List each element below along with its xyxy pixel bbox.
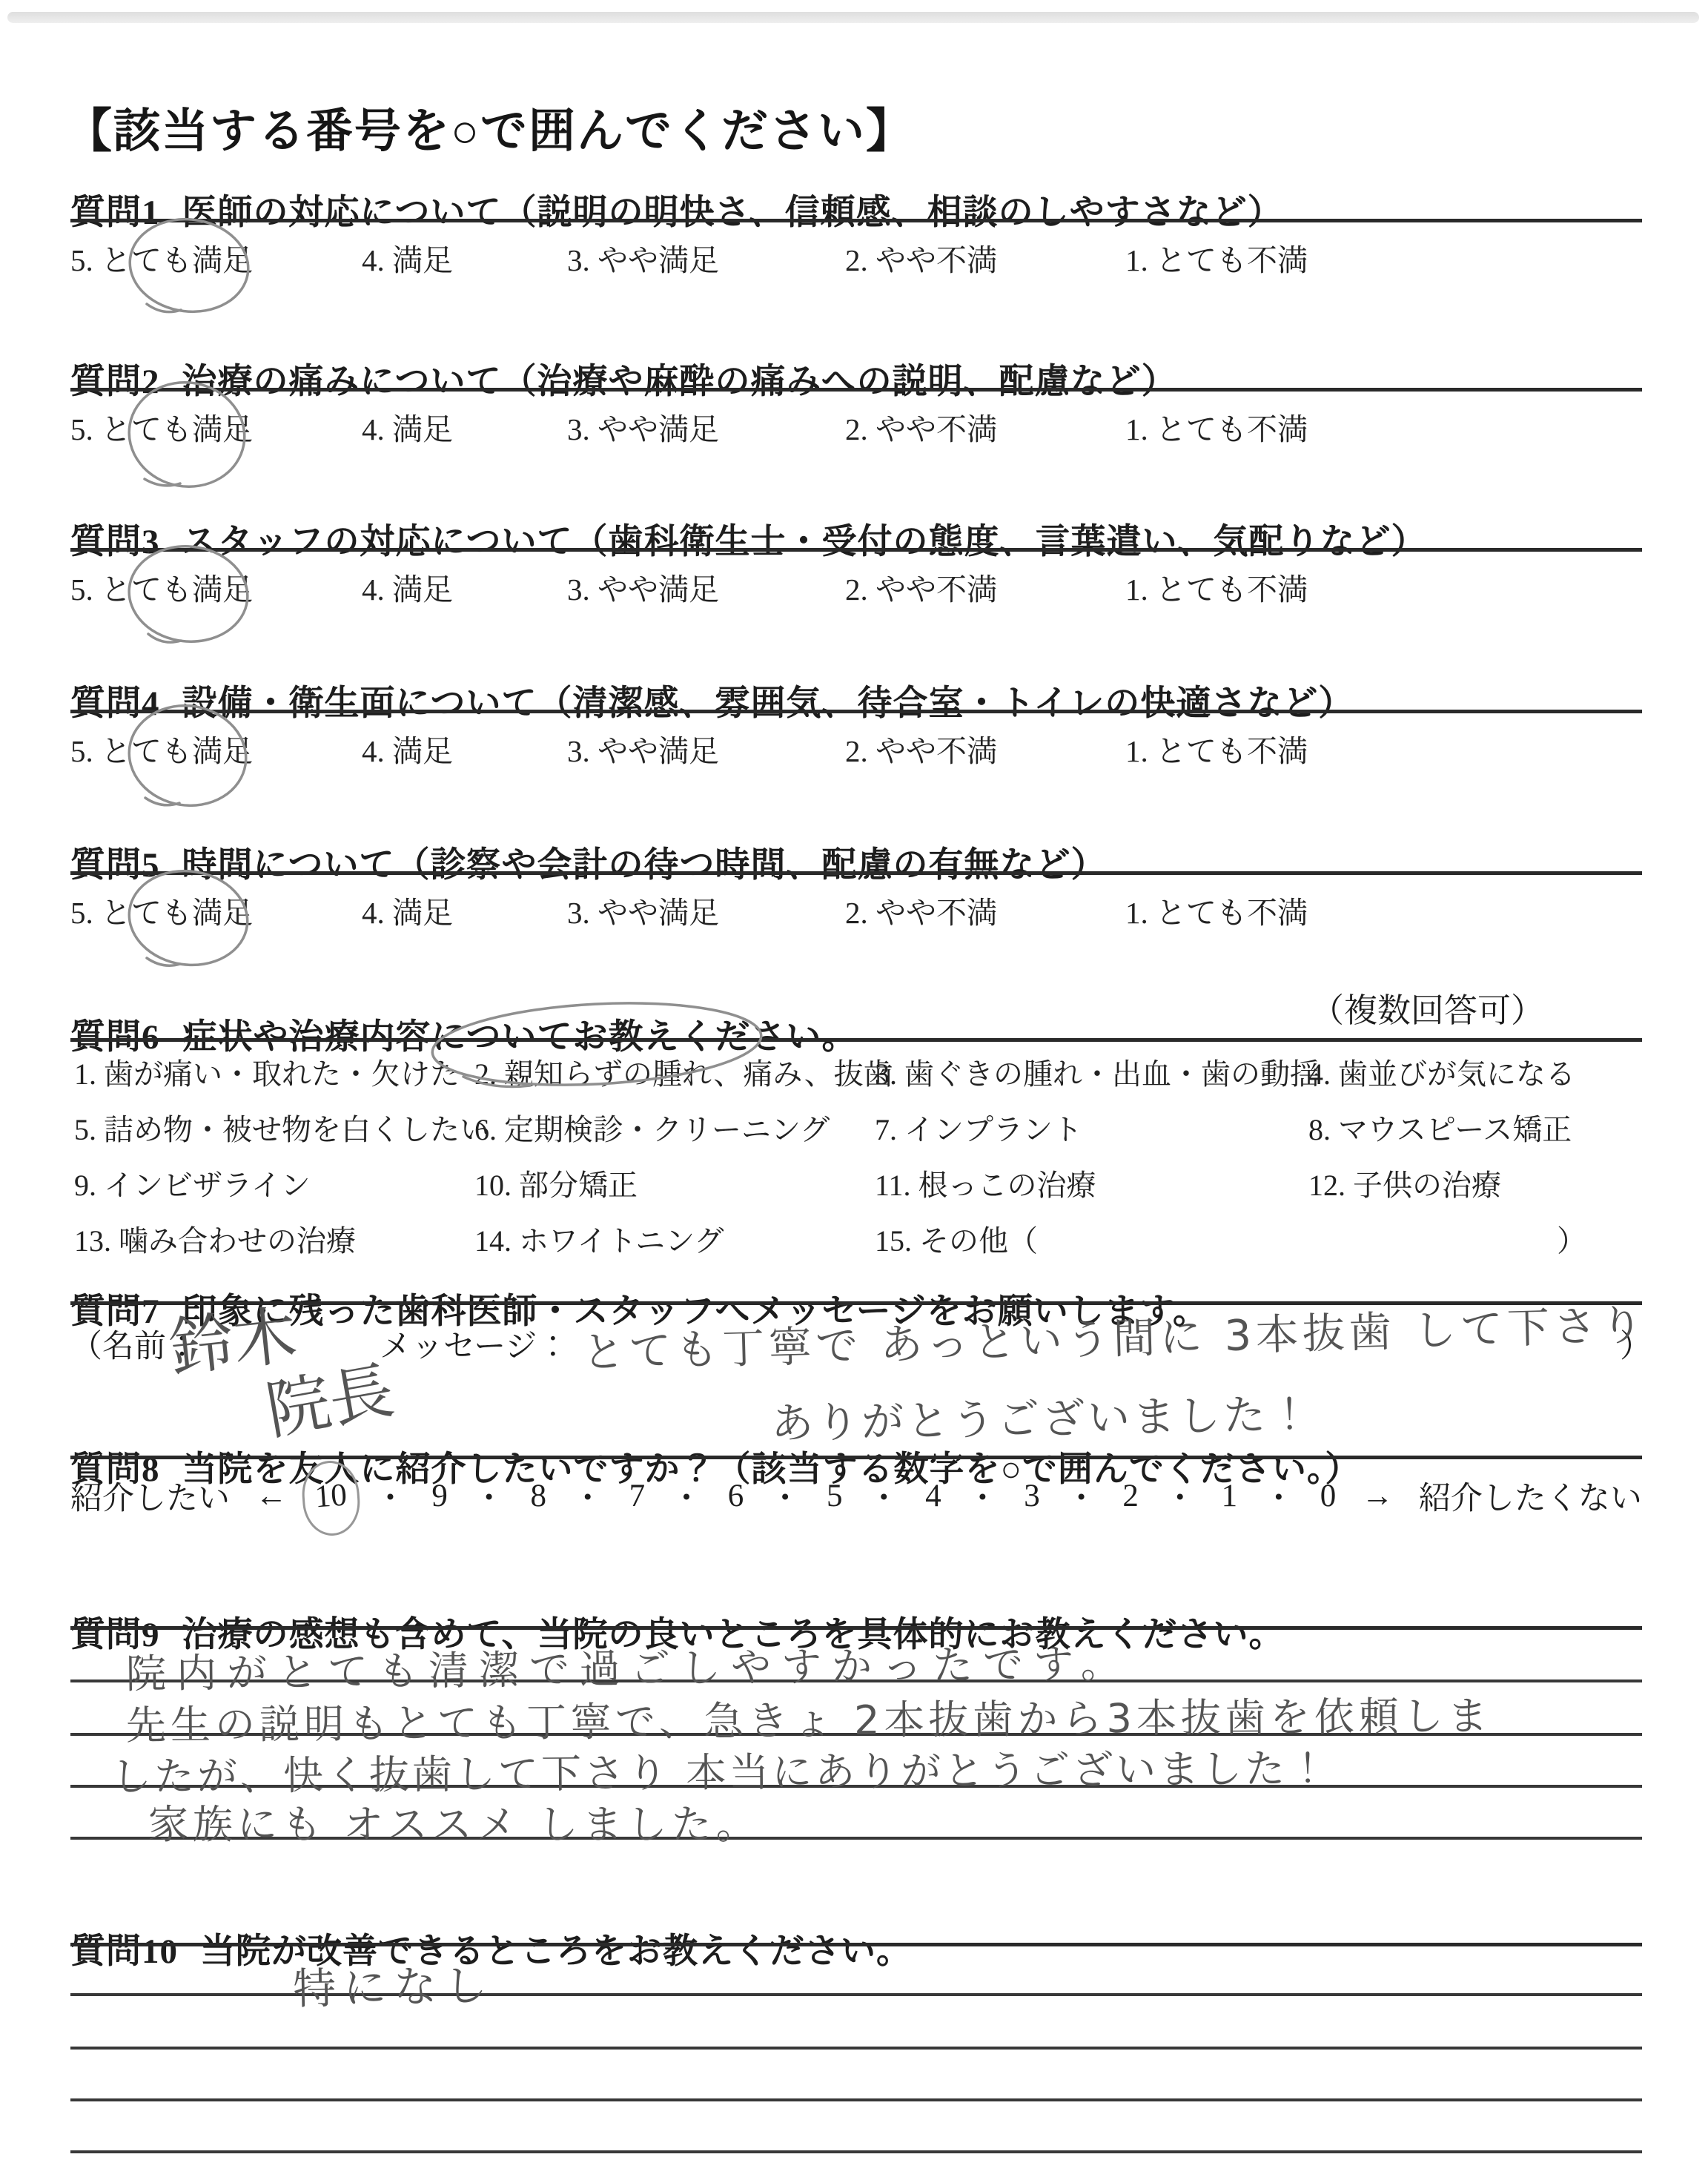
option-very-satisfied: 5. とても満足 [70,727,253,770]
question-6-block: 質問6症状や治療内容についてお教えください。 （複数回答可） 1. 歯が痛い・取… [0,980,1708,1255]
nps-number-4: 4 [925,1478,941,1514]
option-very-satisfied: 5. とても満足 [70,405,253,449]
writing-line [70,2098,1642,2101]
question-topic: スタッフの対応について（歯科衛生士・受付の態度、言葉遣い、気配りなど） [182,523,1427,561]
nps-number-6: 6 [728,1478,744,1514]
divider-line [70,1456,1642,1459]
question-number: 質問10 [70,1932,178,1971]
dot-separator: ・ [374,1473,406,1519]
q6-item-4: 4. 歯並びが気になる [1308,1051,1575,1093]
question-1-block: 質問1医師の対応について（説明の明快さ、信頼感、相談のしやすさなど） 5. とて… [0,156,1708,325]
q6-item-2: 2. 親知らずの腫れ、痛み、抜歯 [474,1051,893,1093]
q6-item-15: 15. その他（ [875,1218,1038,1260]
option-satisfied: 4. 満足 [362,727,453,770]
question-number: 質問4 [70,684,160,723]
q6-item-12: 12. 子供の治療 [1308,1162,1501,1204]
question-topic: 治療の痛みについて（治療や麻酔の痛みへの説明、配慮など） [182,363,1177,401]
question-10-block: 質問10当院が改善できるところをお教えください。 特になし [0,1895,1708,2160]
dot-separator: ・ [1262,1473,1294,1519]
q6-item-15-close-paren: ） [1557,1218,1586,1260]
option-somewhat-satisfied: 3. やや満足 [567,405,719,449]
q6-item-7: 7. インプラント [875,1106,1082,1149]
question-topic: 医師の対応について（説明の明快さ、信頼感、相談のしやすさなど） [182,194,1283,232]
divider-line [70,388,1642,392]
option-somewhat-satisfied: 3. やや満足 [567,727,719,770]
option-satisfied: 4. 満足 [362,888,453,932]
question-1-heading: 質問1医師の対応について（説明の明快さ、信頼感、相談のしやすさなど） [70,185,1283,234]
dot-separator: ・ [769,1473,801,1519]
q6-item-9: 9. インビザライン [74,1162,311,1204]
option-satisfied: 4. 満足 [362,565,453,609]
option-very-dissatisfied: 1. とても不満 [1125,405,1308,449]
question-2-block: 質問2治療の痛みについて（治療や麻酔の痛みへの説明、配慮など） 5. とても満足… [0,325,1708,485]
handwritten-q10-answer: 特になし [292,1951,494,2017]
q6-item-3: 3. 歯ぐきの腫れ・出血・歯の動揺 [875,1051,1320,1093]
message-field-label: メッセージ： [380,1321,569,1367]
nps-number-0: 0 [1320,1478,1337,1514]
q6-item-8: 8. マウスピース矯正 [1308,1106,1572,1149]
q6-item-1: 1. 歯が痛い・取れた・欠けた [74,1051,460,1093]
dot-separator: ・ [473,1473,505,1519]
option-very-dissatisfied: 1. とても不満 [1125,236,1308,280]
option-very-satisfied: 5. とても満足 [70,888,253,932]
dot-separator: ・ [1164,1473,1196,1519]
nps-number-7: 7 [629,1478,646,1514]
option-satisfied: 4. 満足 [362,236,453,280]
form-title: 【該当する番号を○で囲んでください】 [65,93,914,161]
question-5-block: 質問5時間について（診察や会計の待つ時間、配慮の有無など） 5. とても満足 4… [0,808,1708,970]
divider-line [70,710,1642,713]
nps-number-1: 1 [1222,1478,1238,1514]
divider-line [70,548,1642,552]
nps-right-label: 紹介したくない [1419,1473,1642,1519]
survey-form-scan: 【該当する番号を○で囲んでください】 質問1医師の対応について（説明の明快さ、信… [0,0,1708,2160]
question-4-block: 質問4設備・衛生面について（清潔感、雰囲気、待合室・トイレの快適さなど） 5. … [0,647,1708,808]
question-5-heading: 質問5時間について（診察や会計の待つ時間、配慮の有無など） [70,837,1107,887]
divider-line [70,871,1642,875]
q6-item-11: 11. 根っこの治療 [875,1162,1096,1204]
dot-separator: ・ [572,1473,603,1519]
writing-line [70,2150,1642,2153]
dot-separator: ・ [967,1473,999,1519]
option-somewhat-dissatisfied: 2. やや不満 [845,565,997,609]
option-very-satisfied: 5. とても満足 [70,236,253,280]
question-topic: 設備・衛生面について（清潔感、雰囲気、待合室・トイレの快適さなど） [182,684,1354,723]
option-somewhat-dissatisfied: 2. やや不満 [845,727,997,770]
writing-line [70,2047,1642,2050]
option-very-dissatisfied: 1. とても不満 [1125,888,1308,932]
left-arrow-icon: ← [255,1478,287,1514]
option-somewhat-dissatisfied: 2. やや不満 [845,405,997,449]
option-very-satisfied: 5. とても満足 [70,565,253,609]
question-4-heading: 質問4設備・衛生面について（清潔感、雰囲気、待合室・トイレの快適さなど） [70,676,1354,725]
handwritten-q9-line4: 家族にも オススメ しました。 [148,1793,761,1850]
option-very-dissatisfied: 1. とても不満 [1125,727,1308,770]
option-somewhat-satisfied: 3. やや満足 [567,565,719,609]
question-2-heading: 質問2治療の痛みについて（治療や麻酔の痛みへの説明、配慮など） [70,354,1177,403]
question-number: 質問5 [70,846,160,885]
option-satisfied: 4. 満足 [362,405,453,449]
q6-item-14: 14. ホワイトニング [474,1218,724,1260]
q6-item-5: 5. 詰め物・被せ物を白くしたい [74,1106,489,1149]
option-somewhat-dissatisfied: 2. やや不満 [845,236,997,280]
q6-item-6: 6. 定期検診・クリーニング [474,1106,830,1149]
divider-line [70,219,1642,222]
q6-item-10: 10. 部分矯正 [474,1162,638,1204]
nps-left-label: 紹介したい [70,1473,230,1519]
nps-scale-row: 紹介したい ← 10 ・ 9 ・ 8 ・ 7 ・ 6 ・ 5 ・ 4 ・ 3 ・… [70,1473,1642,1519]
question-number: 質問2 [70,363,160,401]
question-8-block: 質問8当院を友人に紹介したいですか？（該当する数字を○で囲んでください。） 紹介… [0,1413,1708,1578]
option-very-dissatisfied: 1. とても不満 [1125,565,1308,609]
multiple-answers-note: （複数回答可） [1311,983,1544,1031]
question-topic: 時間について（診察や会計の待つ時間、配慮の有無など） [182,846,1107,885]
nps-number-9: 9 [431,1478,448,1514]
option-somewhat-dissatisfied: 2. やや不満 [845,888,997,932]
right-arrow-icon: → [1362,1478,1394,1514]
divider-line [70,1943,1642,1946]
question-number: 質問1 [70,194,160,232]
scan-artifact-bar [7,12,1699,23]
dot-separator: ・ [868,1473,900,1519]
nps-number-3: 3 [1024,1478,1040,1514]
q6-item-13: 13. 噛み合わせの治療 [74,1218,356,1260]
divider-line [70,1038,1642,1042]
question-3-heading: 質問3スタッフの対応について（歯科衛生士・受付の態度、言葉遣い、気配りなど） [70,514,1427,564]
dot-separator: ・ [670,1473,702,1519]
option-somewhat-satisfied: 3. やや満足 [567,236,719,280]
divider-line [70,1626,1642,1630]
question-9-block: 質問9治療の感想も含めて、当院の良いところを具体的にお教えください。 院内がとて… [0,1578,1708,1889]
option-somewhat-satisfied: 3. やや満足 [567,888,719,932]
nps-number-2: 2 [1122,1478,1139,1514]
question-7-block: 質問7印象に残った歯科医師・スタッフへメッセージをお願いします。 （名前： メッ… [0,1255,1708,1413]
question-number: 質問3 [70,523,160,561]
question-3-block: 質問3スタッフの対応について（歯科衛生士・受付の態度、言葉遣い、気配りなど） 5… [0,485,1708,647]
dot-separator: ・ [1065,1473,1097,1519]
nps-number-8: 8 [530,1478,546,1514]
nps-number-5: 5 [827,1478,843,1514]
